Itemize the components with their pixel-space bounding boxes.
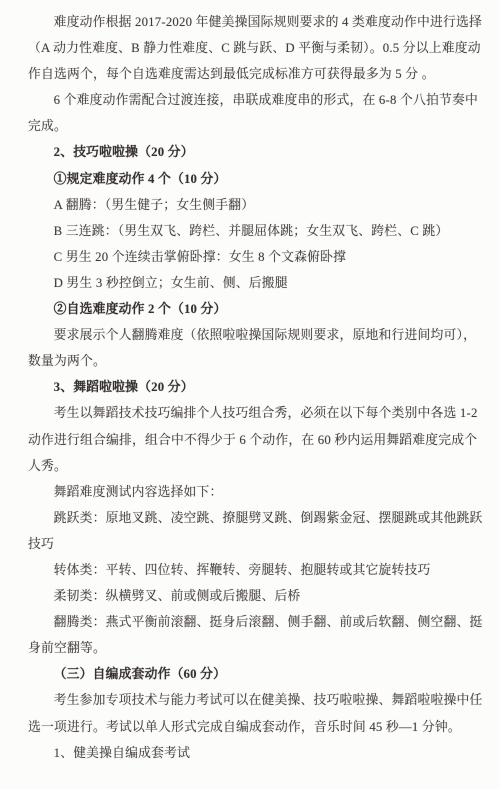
text-line: 要求展示个人翻腾难度（依照啦啦操国际规则要求，原地和行进间均可），	[28, 322, 482, 348]
document-page: 难度动作根据 2017-2020 年健美操国际规则要求的 4 类难度动作中进行选…	[0, 0, 500, 789]
text-line: 6 个难度动作需配合过渡连接，串联成难度串的形式，在 6-8 个八拍节奏中	[28, 87, 482, 113]
text-line: 选一项进行。考试以单人形式完成自编成套动作，音乐时间 45 秒—1 分钟。	[28, 714, 482, 740]
text-line: 翻腾类：燕式平衡前滚翻、挺身后滚翻、侧手翻、前或后软翻、侧空翻、挺	[28, 609, 482, 635]
heading-optional-difficulty: ②自选难度动作 2 个（10 分）	[28, 296, 482, 322]
text-line: 柔韧类：纵横劈叉、前或侧或后搬腿、后桥	[28, 583, 482, 609]
text-line: 1、健美操自编成套考试	[28, 740, 482, 766]
heading-self-choreographed-routine: （三）自编成套动作（60 分）	[28, 661, 482, 687]
text-line: 难度动作根据 2017-2020 年健美操国际规则要求的 4 类难度动作中进行选…	[28, 9, 482, 35]
text-line: 考生以舞蹈技术技巧编排个人技巧组合秀，必须在以下每个类别中各选 1-2	[28, 400, 482, 426]
text-line: 人秀。	[28, 453, 482, 479]
text-line: D 男生 3 秒控倒立；女生前、侧、后搬腿	[28, 270, 482, 296]
text-line: 数量为两个。	[28, 348, 482, 374]
text-line: （A 动力性难度、B 静力性难度、C 跳与跃、D 平衡与柔韧）。0.5 分以上难…	[28, 35, 482, 61]
text-line: A 翻腾：（男生健子；女生侧手翻）	[28, 192, 482, 218]
text-line: 完成。	[28, 113, 482, 139]
heading-required-difficulty: ①规定难度动作 4 个（10 分）	[28, 166, 482, 192]
text-line: 身前空翻等。	[28, 635, 482, 661]
text-line: 考生参加专项技术与能力考试可以在健美操、技巧啦啦操、舞蹈啦啦操中任	[28, 687, 482, 713]
text-line: 技巧	[28, 531, 482, 557]
heading-skill-cheerleading: 2、技巧啦啦操（20 分）	[28, 139, 482, 165]
text-line: 作自选两个，每个自选难度需达到最低完成标准方可获得最多为 5 分 。	[28, 61, 482, 87]
heading-dance-cheerleading: 3、舞蹈啦啦操（20 分）	[28, 374, 482, 400]
text-line: 跳跃类：原地叉跳、凌空跳、撩腿劈叉跳、倒踢紫金冠、摆腿跳或其他跳跃	[28, 505, 482, 531]
text-line: B 三连跳：（男生双飞、跨栏、并腿屈体跳；女生双飞、跨栏、C 跳）	[28, 218, 482, 244]
text-line: 动作进行组合编排，组合中不得少于 6 个动作，在 60 秒内运用舞蹈难度完成个	[28, 427, 482, 453]
text-line: C 男生 20 个连续击掌俯卧撑：女生 8 个文森俯卧撑	[28, 244, 482, 270]
text-line: 转体类：平转、四位转、挥鞭转、旁腿转、抱腿转或其它旋转技巧	[28, 557, 482, 583]
text-line: 舞蹈难度测试内容选择如下：	[28, 479, 482, 505]
